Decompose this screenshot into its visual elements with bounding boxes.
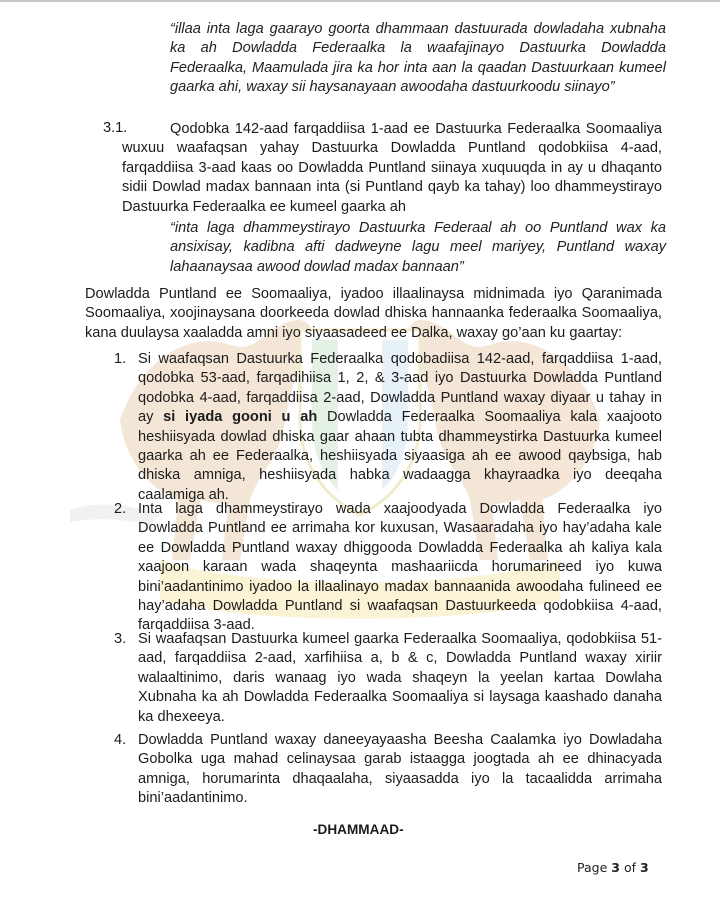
top-border <box>0 0 720 2</box>
item-text: Dowladda Puntland waxay daneeyayaasha Be… <box>138 731 662 809</box>
item-number: 2. <box>114 500 126 519</box>
list-item: 4. Dowladda Puntland waxay daneeyayaasha… <box>114 731 662 809</box>
closing-mark: -DHAMMAAD- <box>313 822 404 837</box>
total-pages: 3 <box>640 860 649 875</box>
list-item: 1. Si waafaqsan Dastuurka Federaalka qod… <box>114 350 662 505</box>
item-number: 4. <box>114 731 126 750</box>
list-item: 2. Inta laga dhammeystirayo wada xaajood… <box>114 500 662 636</box>
of-label: of <box>624 860 636 875</box>
item-number: 3. <box>114 630 126 649</box>
current-page: 3 <box>611 860 620 875</box>
page-label: Page <box>577 860 607 875</box>
section-3-1-text: Qodobka 142-aad farqaddiisa 1-aad ee Das… <box>122 120 662 217</box>
item-text: Inta laga dhammeystirayo wada xaajoodyad… <box>138 500 662 636</box>
item-text-bold: si iyada gooni u ah <box>163 409 317 425</box>
page-number: Page 3 of 3 <box>577 860 649 875</box>
item-text: Si waafaqsan Dastuurka Federaalka qodoba… <box>138 350 662 505</box>
quote-constitutional-powers: “illaa inta laga gaarayo goorta dhammaan… <box>170 20 666 98</box>
list-item: 3. Si waafaqsan Dastuurka kumeel gaarka … <box>114 630 662 727</box>
intro-paragraph: Dowladda Puntland ee Soomaaliya, iyadoo … <box>85 285 662 343</box>
item-number: 1. <box>114 350 126 369</box>
item-text: Si waafaqsan Dastuurka kumeel gaarka Fed… <box>138 630 662 727</box>
quote-federal-constitution: “inta laga dhammeystirayo Dastuurka Fede… <box>170 219 666 277</box>
